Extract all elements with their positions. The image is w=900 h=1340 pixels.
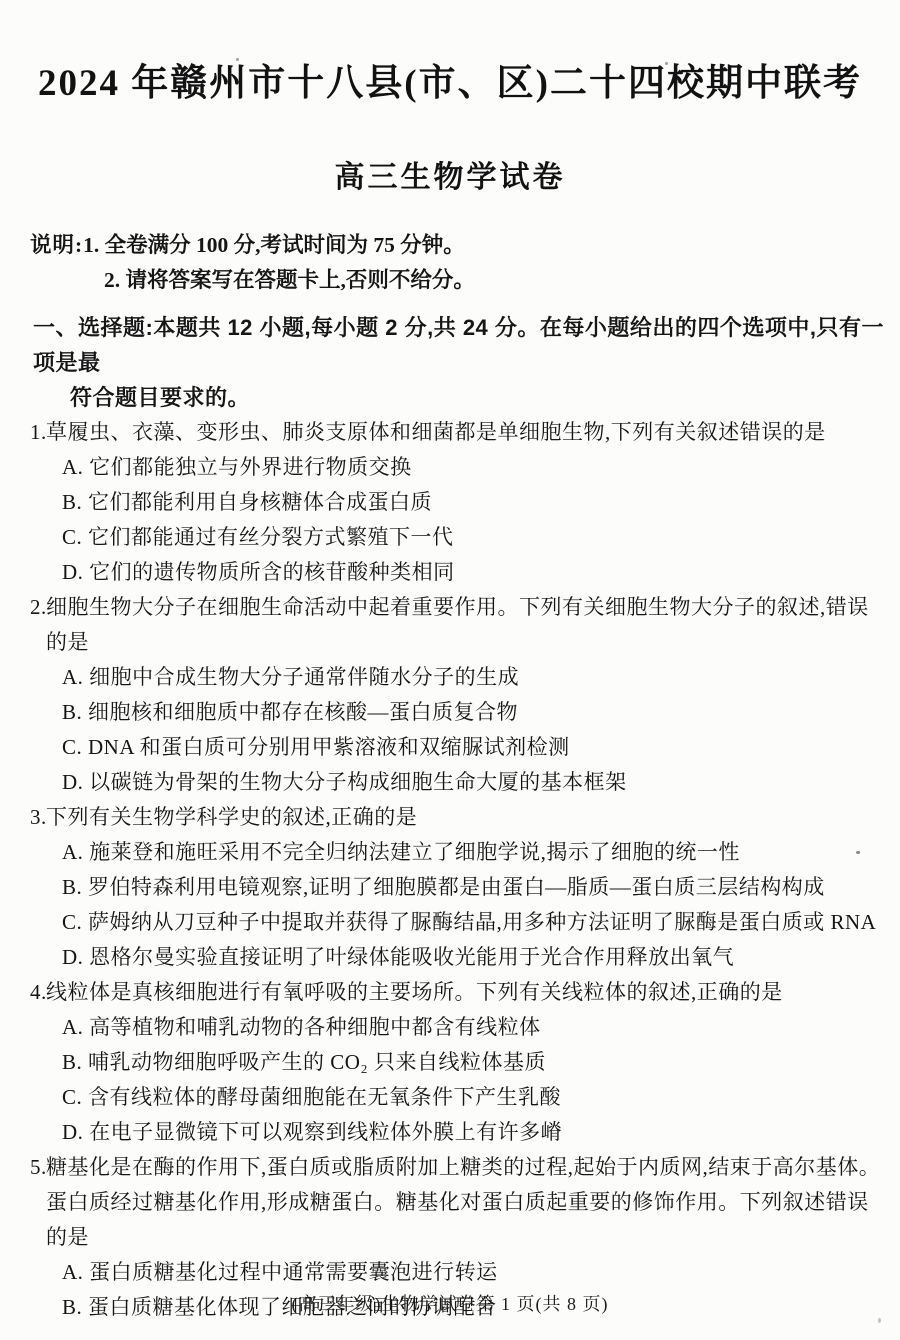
scan-speck xyxy=(856,851,860,854)
exam-subtitle: 高三生物学试卷 xyxy=(0,158,900,198)
scan-speck xyxy=(878,1318,881,1323)
question-option-c: C. DNA 和蛋白质可分别用甲紫溶液和双缩脲试剂检测 xyxy=(0,730,900,765)
question-option-c: C. 含有线粒体的酵母菌细胞能在无氧条件下产生乳酸 xyxy=(0,1080,900,1115)
question-stem-text: 草履虫、衣藻、变形虫、肺炎支原体和细菌都是单细胞生物,下列有关叙述错误的是 xyxy=(46,420,826,444)
question-stem: 4.线粒体是真核细胞进行有氧呼吸的主要场所。下列有关线粒体的叙述,正确的是 xyxy=(0,975,900,1010)
question-option-d: D. 它们的遗传物质所含的核苷酸种类相同 xyxy=(0,555,900,590)
question-stem-text: 糖基化是在酶的作用下,蛋白质或脂质附加上糖类的过程,起始于内质网,结束于高尔基体… xyxy=(46,1155,880,1179)
question-stem-text: 细胞生物大分子在细胞生命活动中起着重要作用。下列有关细胞生物大分子的叙述,错误 xyxy=(46,595,869,619)
question-option-c: C. 萨姆纳从刀豆种子中提取并获得了脲酶结晶,用多种方法证明了脲酶是蛋白质或 R… xyxy=(0,905,900,940)
question-option-a: A. 高等植物和哺乳动物的各种细胞中都含有线粒体 xyxy=(0,1010,900,1045)
question-stem-text: 下列有关生物学科学史的叙述,正确的是 xyxy=(46,805,417,829)
question-option-a: A. 它们都能独立与外界进行物质交换 xyxy=(0,450,900,485)
scan-speck xyxy=(236,58,239,61)
question-option-b: B. 哺乳动物细胞呼吸产生的 CO₂ 只来自线粒体基质 xyxy=(0,1045,900,1080)
exam-instructions: 说明:1. 全卷满分 100 分,考试时间为 75 分钟。 2. 请将答案写在答… xyxy=(0,228,900,298)
question-option-b: B. 罗伯特森利用电镜观察,证明了细胞膜都是由蛋白—脂质—蛋白质三层结构构成 xyxy=(0,870,900,905)
question-stem-text: 线粒体是真核细胞进行有氧呼吸的主要场所。下列有关线粒体的叙述,正确的是 xyxy=(46,980,783,1004)
exam-title: 2024 年赣州市十八县(市、区)二十四校期中联考 xyxy=(0,0,900,106)
question-number: 5. xyxy=(30,1150,47,1185)
question-option-b: B. 细胞核和细胞质中都存在核酸—蛋白质复合物 xyxy=(0,695,900,730)
question-option-d: D. 恩格尔曼实验直接证明了叶绿体能吸收光能用于光合作用释放出氧气 xyxy=(0,940,900,975)
section-heading-line-2: 符合题目要求的。 xyxy=(0,380,900,415)
question-3: 3.下列有关生物学科学史的叙述,正确的是 A. 施莱登和施旺采用不完全归纳法建立… xyxy=(0,800,900,975)
question-list: 1.草履虫、衣藻、变形虫、肺炎支原体和细菌都是单细胞生物,下列有关叙述错误的是 … xyxy=(0,415,900,1325)
question-number: 2. xyxy=(30,590,47,625)
question-option-a: A. 细胞中合成生物大分子通常伴随水分子的生成 xyxy=(0,660,900,695)
question-option-c: C. 它们都能通过有丝分裂方式繁殖下一代 xyxy=(0,520,900,555)
question-1: 1.草履虫、衣藻、变形虫、肺炎支原体和细菌都是单细胞生物,下列有关叙述错误的是 … xyxy=(0,415,900,590)
question-stem-continuation: 的是 xyxy=(0,1220,900,1255)
question-option-a: A. 蛋白质糖基化过程中通常需要囊泡进行转运 xyxy=(0,1255,900,1290)
question-stem: 3.下列有关生物学科学史的叙述,正确的是 xyxy=(0,800,900,835)
question-number: 1. xyxy=(30,415,47,450)
question-stem: 5.糖基化是在酶的作用下,蛋白质或脂质附加上糖类的过程,起始于内质网,结束于高尔… xyxy=(0,1150,900,1185)
instructions-label: 说明: xyxy=(30,233,83,257)
question-number: 4. xyxy=(30,975,47,1010)
instruction-1-text: 1. 全卷满分 100 分,考试时间为 75 分钟。 xyxy=(83,233,465,257)
question-option-d: D. 在电子显微镜下可以观察到线粒体外膜上有许多嵴 xyxy=(0,1115,900,1150)
question-4: 4.线粒体是真核细胞进行有氧呼吸的主要场所。下列有关线粒体的叙述,正确的是 A.… xyxy=(0,975,900,1150)
question-option-d: D. 以碳链为骨架的生物大分子构成细胞生命大厦的基本框架 xyxy=(0,765,900,800)
exam-paper-page: 2024 年赣州市十八县(市、区)二十四校期中联考 高三生物学试卷 说明:1. … xyxy=(0,0,900,1340)
section-heading-choice-questions: 一、选择题:本题共 12 小题,每小题 2 分,共 24 分。在每小题给出的四个… xyxy=(0,310,900,415)
section-heading-line-1: 一、选择题:本题共 12 小题,每小题 2 分,共 24 分。在每小题给出的四个… xyxy=(0,310,900,380)
question-number: 3. xyxy=(30,800,47,835)
question-stem-continuation: 蛋白质经过糖基化作用,形成糖蛋白。糖基化对蛋白质起重要的修饰作用。下列叙述错误 xyxy=(0,1185,900,1220)
instruction-line-1: 说明:1. 全卷满分 100 分,考试时间为 75 分钟。 xyxy=(0,228,900,263)
instruction-line-2: 2. 请将答案写在答题卡上,否则不给分。 xyxy=(0,263,900,298)
question-stem: 2.细胞生物大分子在细胞生命活动中起着重要作用。下列有关细胞生物大分子的叙述,错… xyxy=(0,590,900,625)
scan-speck xyxy=(665,62,668,65)
question-stem-continuation: 的是 xyxy=(0,625,900,660)
page-footer: (高三年级)生物学试卷第 1 页(共 8 页) xyxy=(0,1292,900,1316)
question-option-a: A. 施莱登和施旺采用不完全归纳法建立了细胞学说,揭示了细胞的统一性 xyxy=(0,835,900,870)
question-2: 2.细胞生物大分子在细胞生命活动中起着重要作用。下列有关细胞生物大分子的叙述,错… xyxy=(0,590,900,800)
question-option-b: B. 它们都能利用自身核糖体合成蛋白质 xyxy=(0,485,900,520)
question-stem: 1.草履虫、衣藻、变形虫、肺炎支原体和细菌都是单细胞生物,下列有关叙述错误的是 xyxy=(0,415,900,450)
